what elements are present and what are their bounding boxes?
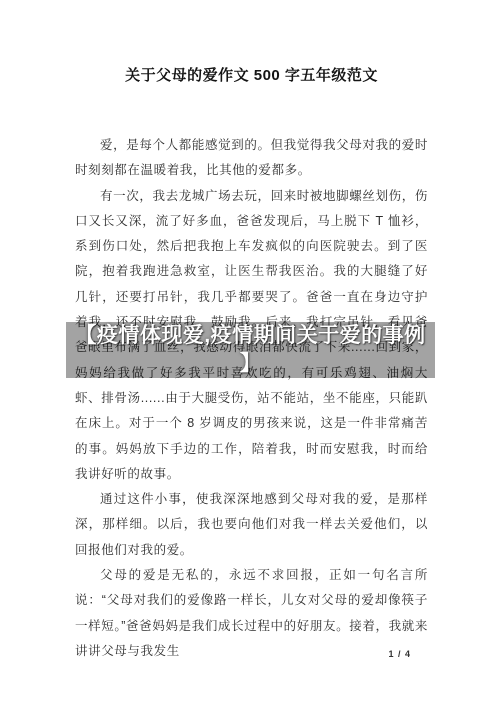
document-viewer: 关于父母的爱作文 500 字五年级范文 爱，是每个人都能感觉到的。但我觉得我父母… [0, 0, 500, 706]
essay-paragraph: 父母的爱是无私的，永远不求回报，正如一句名言所说：“父母对我们的爱像路一样长，儿… [75, 563, 428, 664]
essay-paragraph: 爱，是每个人都能感觉到的。但我觉得我父母对我的爱时时刻刻都在温暖着我，比其他的爱… [75, 133, 428, 184]
essay-title: 关于父母的爱作文 500 字五年级范文 [75, 64, 428, 87]
watermark-text-line2: 】 [240, 350, 262, 378]
watermark-overlay: 【疫情体现爱,疫情期间关于爱的事例 】 [66, 322, 435, 378]
essay-body: 爱，是每个人都能感觉到的。但我觉得我父母对我的爱时时刻刻都在温暖着我，比其他的爱… [75, 133, 428, 664]
page-indicator: 1 / 4 [388, 649, 411, 659]
essay-paragraph: 通过这件小事，使我深深地感到父母对我的爱，是那样深，那样细。以后，我也要向他们对… [75, 487, 428, 563]
watermark-text-line1: 【疫情体现爱,疫情期间关于爱的事例 [75, 322, 425, 350]
